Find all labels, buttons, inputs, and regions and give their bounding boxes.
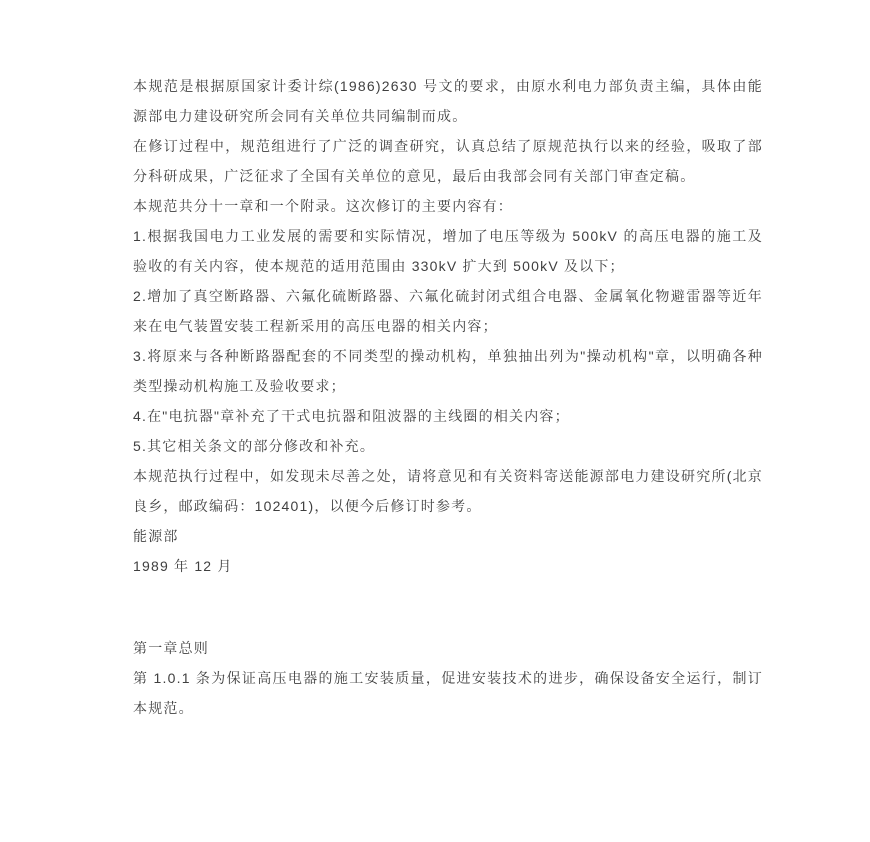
- revision-item-1: 1.根据我国电力工业发展的需要和实际情况，增加了电压等级为 500kV 的高压电…: [133, 221, 763, 281]
- revision-item-5: 5.其它相关条文的部分修改和补充。: [133, 431, 763, 461]
- blank-space: [133, 581, 763, 633]
- date-line: 1989 年 12 月: [133, 551, 763, 581]
- chapter-heading: 第一章总则: [133, 633, 763, 663]
- preface-paragraph-2: 在修订过程中，规范组进行了广泛的调查研究，认真总结了原规范执行以来的经验，吸取了…: [133, 131, 763, 191]
- signature-line: 能源部: [133, 521, 763, 551]
- revision-item-2: 2.增加了真空断路器、六氟化硫断路器、六氟化硫封闭式组合电器、金属氧化物避雷器等…: [133, 281, 763, 341]
- chapter-paragraph-1: 第 1.0.1 条为保证高压电器的施工安装质量，促进安装技术的进步，确保设备安全…: [133, 663, 763, 723]
- preface-paragraph-1: 本规范是根据原国家计委计综(1986)2630 号文的要求，由原水利电力部负责主…: [133, 71, 763, 131]
- preface-paragraph-3: 本规范共分十一章和一个附录。这次修订的主要内容有：: [133, 191, 763, 221]
- revision-item-4: 4.在"电抗器"章补充了干式电抗器和阻波器的主线圈的相关内容；: [133, 401, 763, 431]
- revision-item-3: 3.将原来与各种断路器配套的不同类型的操动机构，单独抽出列为"操动机构"章，以明…: [133, 341, 763, 401]
- document-page: 本规范是根据原国家计委计综(1986)2630 号文的要求，由原水利电力部负责主…: [133, 71, 763, 723]
- feedback-paragraph: 本规范执行过程中，如发现未尽善之处，请将意见和有关资料寄送能源部电力建设研究所(…: [133, 461, 763, 521]
